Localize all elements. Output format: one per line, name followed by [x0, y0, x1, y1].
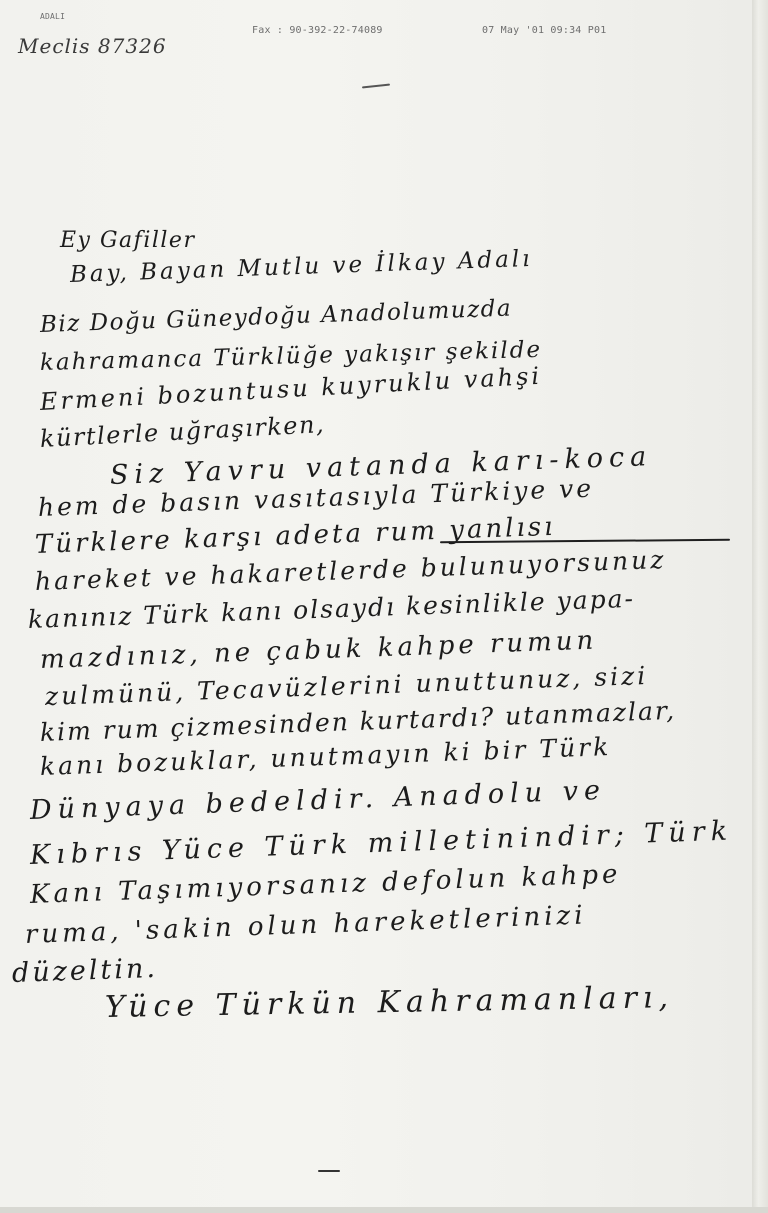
- page-bottom-edge: [0, 1207, 768, 1213]
- bottom-dash-mark: [318, 1170, 340, 1172]
- page-edge: [752, 0, 768, 1213]
- fax-timestamp: 07 May '01 09:34 P01: [482, 25, 606, 36]
- letter-line: Ey Gafiller: [60, 228, 195, 253]
- fax-number: Fax : 90-392-22-74089: [252, 25, 383, 36]
- fax-sender: ADALI: [40, 12, 65, 21]
- letter-line: düzeltin.: [11, 953, 158, 989]
- handwritten-note: Meclis 87326: [18, 34, 167, 58]
- fax-header: ADALI Fax : 90-392-22-74089 07 May '01 0…: [0, 0, 752, 70]
